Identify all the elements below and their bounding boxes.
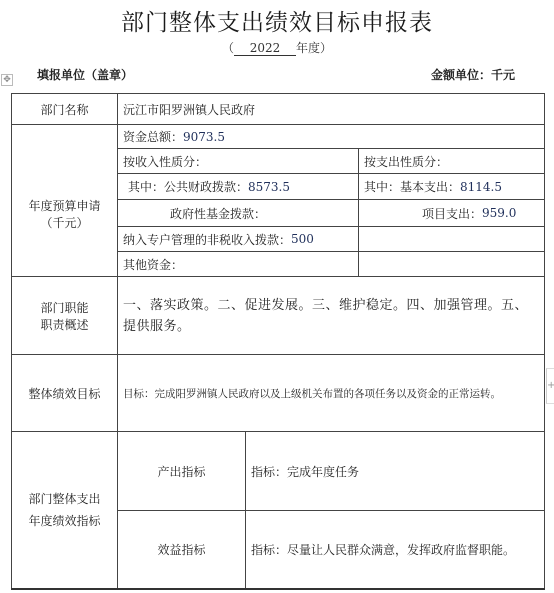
document-title: 部门整体支出绩效目标申报表 <box>0 4 554 37</box>
dept-name-value[interactable]: 沅江市阳罗洲镇人民政府 <box>117 93 545 125</box>
goal-text: 目标：完成阳罗洲镇人民政府以及上级机关布置的各项任务以及资金的正常运转。 <box>123 386 501 401</box>
project-expense-label: 项目支出： <box>422 205 482 222</box>
nontax-value: 500 <box>291 232 314 246</box>
basic-expense-cell[interactable]: 其中：基本支出：8114.5 <box>358 173 545 200</box>
indicator-text-output-text: 指标：完成年度任务 <box>251 463 359 480</box>
amount-unit-label: 金额单位：千元 <box>431 66 515 83</box>
year-line: （2022年度） <box>0 39 554 56</box>
nontax-cell[interactable]: 纳入专户管理的非税收入拨款：500 <box>117 226 359 252</box>
public-finance-value: 8573.5 <box>248 180 290 194</box>
indicator-type-benefit: 效益指标 <box>117 510 246 589</box>
dept-name-label-text: 部门名称 <box>40 101 88 118</box>
duty-text-cell[interactable]: 一、落实政策。二、促进发展。三、维护稳定。四、加强管理。五、提供服务。 <box>117 276 545 355</box>
public-finance-cell[interactable]: 其中：公共财政拨款：8573.5 <box>117 173 359 200</box>
duty-label: 部门职能 职责概述 <box>11 276 118 355</box>
dept-name-label: 部门名称 <box>11 93 118 125</box>
other-funds-right-empty-cell[interactable] <box>358 251 545 277</box>
indicator-type-benefit-text: 效益指标 <box>157 541 205 558</box>
by-income-cell[interactable]: 按收入性质分： <box>117 148 359 174</box>
by-expense-cell[interactable]: 按支出性质分： <box>358 148 545 174</box>
gov-fund-cell[interactable]: 政府性基金拨款： <box>117 199 359 227</box>
indicator-text-output[interactable]: 指标：完成年度任务 <box>245 431 545 511</box>
indicator-label-line1: 部门整体支出 <box>28 488 100 510</box>
total-funds-cell[interactable]: 资金总额：9073.5 <box>117 124 545 149</box>
total-funds-value: 9073.5 <box>183 130 225 144</box>
indicator-type-output: 产出指标 <box>117 431 246 511</box>
budget-label: 年度预算申请 （千元） <box>11 124 118 277</box>
project-expense-value: 959.0 <box>482 206 516 220</box>
gov-fund-label: 政府性基金拨款： <box>170 205 266 222</box>
basic-expense-value: 8114.5 <box>460 180 502 194</box>
budget-label-line1: 年度预算申请 <box>28 197 100 214</box>
public-finance-label: 其中：公共财政拨款： <box>128 178 248 195</box>
nontax-right-empty-cell[interactable] <box>358 226 545 252</box>
fill-unit-label: 填报单位（盖章） <box>37 66 133 83</box>
duty-label-line2: 职责概述 <box>40 316 88 333</box>
by-income-label: 按收入性质分： <box>123 153 207 170</box>
year-prefix: （ <box>222 41 234 55</box>
total-funds-label: 资金总额： <box>123 128 183 145</box>
indicator-text-benefit[interactable]: 指标：尽量让人民群众满意，发挥政府监督职能。 <box>245 510 545 589</box>
duty-label-line1: 部门职能 <box>40 299 88 316</box>
goal-label: 整体绩效目标 <box>11 354 118 432</box>
indicator-label-line2: 年度绩效指标 <box>28 510 100 532</box>
duty-text: 一、落实政策。二、促进发展。三、维护稳定。四、加强管理。五、提供服务。 <box>123 295 538 337</box>
goal-text-cell[interactable]: 目标：完成阳罗洲镇人民政府以及上级机关布置的各项任务以及资金的正常运转。 <box>117 354 545 432</box>
other-funds-cell[interactable]: 其他资金： <box>117 251 359 277</box>
indicator-type-output-text: 产出指标 <box>157 463 205 480</box>
budget-label-line2: （千元） <box>40 214 88 231</box>
year-suffix: 年度） <box>296 41 332 55</box>
year-value: 2022 <box>234 42 296 56</box>
by-expense-label: 按支出性质分： <box>364 153 448 170</box>
project-expense-cell[interactable]: 项目支出：959.0 <box>358 199 545 227</box>
table-bottom-border <box>11 588 545 590</box>
other-funds-label: 其他资金： <box>123 256 183 273</box>
dept-name-value-text: 沅江市阳罗洲镇人民政府 <box>123 101 255 118</box>
add-row-handle-icon[interactable]: + <box>546 368 554 404</box>
goal-label-text: 整体绩效目标 <box>28 385 100 402</box>
basic-expense-label: 其中：基本支出： <box>364 178 460 195</box>
indicator-label: 部门整体支出 年度绩效指标 <box>11 431 118 589</box>
table-move-handle-icon[interactable]: ✥ <box>1 74 13 86</box>
nontax-label: 纳入专户管理的非税收入拨款： <box>123 231 291 248</box>
indicator-text-benefit-text: 指标：尽量让人民群众满意，发挥政府监督职能。 <box>251 541 515 558</box>
